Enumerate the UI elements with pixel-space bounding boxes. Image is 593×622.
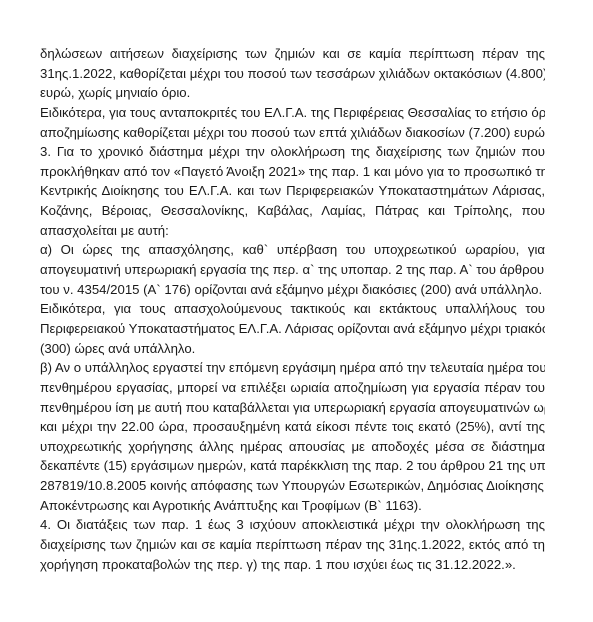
- text-line: απασχολείται με αυτή:: [40, 221, 545, 241]
- text-line: Ειδικότερα, για τους απασχολούμενους τακ…: [40, 299, 545, 319]
- text-line: προκλήθηκαν από τον «Παγετό Άνοιξη 2021»…: [40, 162, 545, 182]
- document-page: δηλώσεων αιτήσεων διαχείρισης των ζημιών…: [40, 44, 545, 574]
- text-line: χορήγηση προκαταβολών της περ. γ) της πα…: [40, 555, 545, 575]
- text-line: διαχείρισης των ζημιών και σε καμία περί…: [40, 535, 545, 555]
- text-line: β) Αν ο υπάλληλος εργαστεί την επόμενη ε…: [40, 358, 545, 378]
- text-line: Αποκέντρωσης και Αγροτικής Ανάπτυξης και…: [40, 496, 545, 516]
- text-line: υποχρεωτικής χορήγησης άλλης ημέρας απου…: [40, 437, 545, 457]
- text-line: δεκαπέντε (15) εργάσιμων ημερών, κατά πα…: [40, 456, 545, 476]
- text-line: 4. Οι διατάξεις των παρ. 1 έως 3 ισχύουν…: [40, 515, 545, 535]
- text-line: απογευματινή υπερωριακή εργασία της περ.…: [40, 260, 545, 280]
- text-line: α) Οι ώρες της απασχόλησης, καθ` υπέρβασ…: [40, 240, 545, 260]
- text-line: Κεντρικής Διοίκησης του ΕΛ.Γ.Α. και των …: [40, 181, 545, 201]
- text-line: 31ης.1.2022, καθορίζεται μέχρι του ποσού…: [40, 64, 545, 84]
- text-line: του ν. 4354/2015 (Α` 176) ορίζονται ανά …: [40, 280, 545, 300]
- text-line: αποζημίωσης καθορίζεται μέχρι του ποσού …: [40, 123, 545, 143]
- text-line: 3. Για το χρονικό διάστημα μέχρι την ολο…: [40, 142, 545, 162]
- text-line: δηλώσεων αιτήσεων διαχείρισης των ζημιών…: [40, 44, 545, 64]
- text-line: 287819/10.8.2005 κοινής απόφασης των Υπο…: [40, 476, 545, 496]
- text-line: πενθημέρου ίση με αυτή που καταβάλλεται …: [40, 398, 545, 418]
- text-line: ευρώ, χωρίς μηνιαίο όριο.: [40, 83, 545, 103]
- text-line: και μέχρι την 22.00 ώρα, προσαυξημένη κα…: [40, 417, 545, 437]
- text-line: Ειδικότερα, για τους ανταποκριτές του ΕΛ…: [40, 103, 545, 123]
- text-line: (300) ώρες ανά υπάλληλο.: [40, 339, 545, 359]
- text-line: Κοζάνης, Βέροιας, Θεσσαλονίκης, Καβάλας,…: [40, 201, 545, 221]
- text-line: πενθημέρου εργασίας, μπορεί να επιλέξει …: [40, 378, 545, 398]
- text-line: Περιφερειακού Υποκαταστήματος ΕΛ.Γ.Α. Λά…: [40, 319, 545, 339]
